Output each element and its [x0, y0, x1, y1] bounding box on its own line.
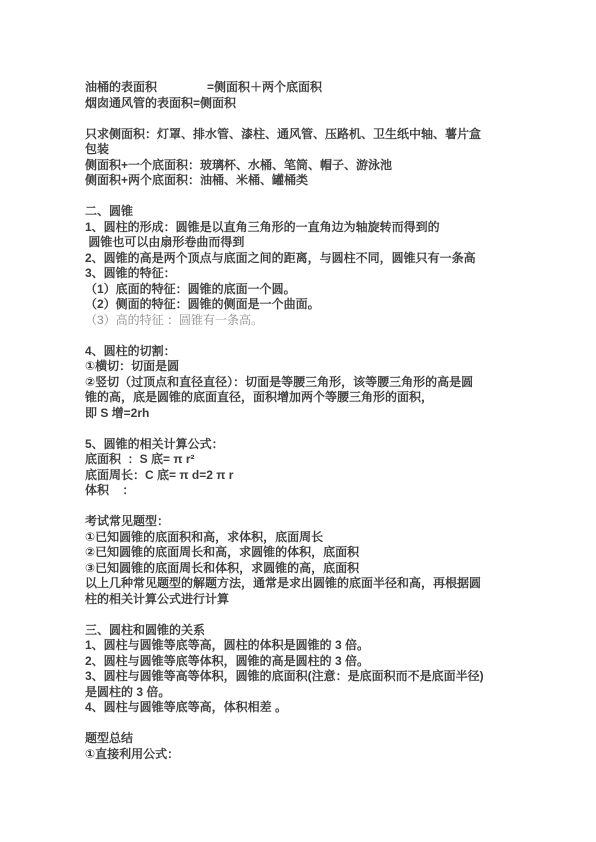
formula-line: 底面积 ：S 底= π r² — [85, 452, 555, 468]
text-line: 3、圆锥的特征： — [85, 266, 555, 282]
blank-line — [85, 421, 555, 437]
text-line: ②已知圆锥的底面周长和高，求圆锥的体积，底面积 — [85, 545, 555, 561]
text-line: ②竖切（过顶点和直径直径）：切面是等腰三角形，该等腰三角形的高是圆 — [85, 375, 555, 391]
blank-line — [85, 189, 555, 205]
blank-line — [85, 328, 555, 344]
text-line: 锥的高，底是圆锥的底面直径，面积增加两个等腰三角形的面积， — [85, 390, 555, 406]
blank-line — [85, 499, 555, 515]
formula-line: 即 S 增=2rh — [85, 406, 555, 422]
document-body: 油桶的表面积 =侧面积＋两个底面积 烟囱通风管的表面积=侧面积 只求侧面积：灯罩… — [85, 80, 555, 762]
text-line: ③已知圆锥的底面周长和体积，求圆锥的高，底面积 — [85, 561, 555, 577]
text-line: 2、圆锥的高是两个顶点与底面之间的距离，与圆柱不同，圆锥只有一条高 — [85, 251, 555, 267]
text-line: 只求侧面积：灯罩、排水管、漆柱、通风管、压路机、卫生纸中轴、薯片盒 — [85, 127, 555, 143]
text-line: 以上几种常见题型的解题方法，通常是求出圆锥的底面半径和高，再根据圆 — [85, 576, 555, 592]
blank-line — [85, 716, 555, 732]
text-line: 5、圆锥的相关计算公式： — [85, 437, 555, 453]
text-line: 4、圆柱的切割： — [85, 344, 555, 360]
text-line-muted: （3）高的特征 ：圆锥有一条高。 — [85, 313, 555, 329]
section-heading-cone: 二、圆锥 — [85, 204, 555, 220]
text-line: 包装 — [85, 142, 555, 158]
formula-line: 底面周长：C 底= π d=2 π r — [85, 468, 555, 484]
text-line: 侧面积+一个底面积：玻璃杯、水桶、笔筒、帽子、游泳池 — [85, 158, 555, 174]
document-page: 油桶的表面积 =侧面积＋两个底面积 烟囱通风管的表面积=侧面积 只求侧面积：灯罩… — [0, 0, 596, 842]
text-line: 3、圆柱与圆锥等高等体积，圆锥的底面积(注意：是底面积而不是底面半径) — [85, 669, 555, 685]
section-heading-summary: 题型总结 — [85, 731, 555, 747]
text-line: （2）侧面的特征：圆锥的侧面是一个曲面。 — [85, 297, 555, 313]
text-line: 侧面积+两个底面积：油桶、米桶、罐桶类 — [85, 173, 555, 189]
blank-line — [85, 607, 555, 623]
text-line: 烟囱通风管的表面积=侧面积 — [85, 96, 555, 112]
section-heading-relation: 三、圆柱和圆锥的关系 — [85, 623, 555, 639]
text-line: 2、圆柱与圆锥等底等体积，圆锥的高是圆柱的 3 倍。 — [85, 654, 555, 670]
text-line: ①横切：切面是圆 — [85, 359, 555, 375]
text-line: 4、圆柱与圆锥等底等高，体积相差 。 — [85, 700, 555, 716]
text-line: 1、圆柱的形成：圆锥是以直角三角形的一直角边为轴旋转而得到的 — [85, 220, 555, 236]
text-line: 1、圆柱与圆锥等底等高，圆柱的体积是圆锥的 3 倍。 — [85, 638, 555, 654]
text-line: ①已知圆锥的底面积和高，求体积，底面周长 — [85, 530, 555, 546]
text-line: 油桶的表面积 =侧面积＋两个底面积 — [85, 80, 555, 96]
text-line: ①直接利用公式： — [85, 747, 555, 763]
formula-line: 体积 ： — [85, 483, 555, 499]
text-line: （1）底面的特征：圆锥的底面一个圆。 — [85, 282, 555, 298]
text-line: 柱的相关计算公式进行计算 — [85, 592, 555, 608]
text-line: 考试常见题型： — [85, 514, 555, 530]
text-line: 是圆柱的 3 倍。 — [85, 685, 555, 701]
blank-line — [85, 111, 555, 127]
text-line: 圆锥也可以由扇形卷曲而得到 — [85, 235, 555, 251]
